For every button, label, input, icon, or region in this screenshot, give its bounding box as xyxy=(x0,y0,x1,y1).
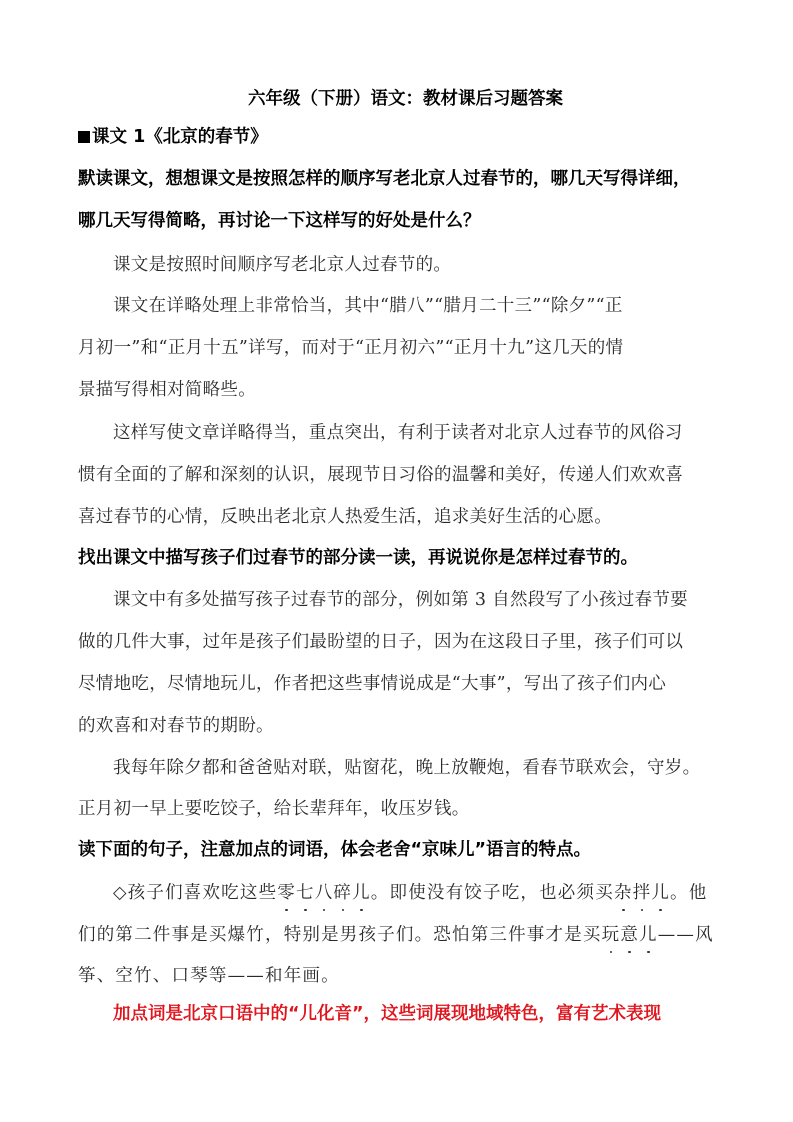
quote-line-2: 们的第二件事是买爆竹，特别是男孩子们。恐怕第三件事才是买玩意儿——风 xyxy=(78,923,714,947)
quote-text: 。即使没有饺子吃，也必须买 xyxy=(371,883,614,903)
question-1-prompt-line-1: 默读课文，想想课文是按照怎样的顺序写老北京人过春节的，哪几天写得详细， xyxy=(78,167,691,191)
answer-1-paragraph-3-line-3: 喜过春节的心情，反映出老北京人热爱生活，追求美好生活的心愿。 xyxy=(78,505,612,529)
dotted-char: 八 xyxy=(315,881,334,905)
dotted-char: 儿 xyxy=(651,881,670,905)
answer-1-paragraph-2-line-3: 景描写得相对简略些。 xyxy=(78,378,256,402)
question-2-prompt: 找出课文中描写孩子们过春节的部分读一读，再说说你是怎样过春节的。 xyxy=(78,546,638,570)
square-bullet-icon xyxy=(78,131,90,143)
quote-text: 孩子们喜欢吃这些 xyxy=(128,883,278,903)
dotted-char: 儿 xyxy=(352,881,371,905)
lesson-heading: 课文 1《北京的春节》 xyxy=(78,125,268,149)
dotted-char: 意 xyxy=(620,923,639,947)
quote-text: 。他 xyxy=(670,883,707,903)
quote-line-3: 筝、空竹、口琴等——和年画。 xyxy=(78,964,340,988)
answer-2-paragraph-1-line-4: 的欢喜和对春节的期盼。 xyxy=(78,714,274,738)
dotted-char: 拌 xyxy=(633,881,652,905)
answer-2-paragraph-2-line-1: 我每年除夕都和爸爸贴对联，贴窗花，晚上放鞭炮，看春节联欢会，守岁。 xyxy=(78,756,700,780)
answer-1-paragraph-1: 课文是按照时间顺序写老北京人过春节的。 xyxy=(78,253,451,277)
question-1-prompt-line-2: 哪几天写得简略，再讨论一下这样写的好处是什么？ xyxy=(78,209,481,233)
dotted-char: 儿 xyxy=(639,923,658,947)
dotted-char: 零 xyxy=(277,881,296,905)
dotted-char: 七 xyxy=(296,881,315,905)
answer-2-paragraph-2-line-2: 正月初一早上要吃饺子，给长辈拜年，收压岁钱。 xyxy=(78,797,470,821)
answer-1-paragraph-3-line-1: 这样写使文章详略得当，重点突出，有利于读者对北京人过春节的风俗习 xyxy=(78,421,683,445)
dotted-char: 杂 xyxy=(614,881,633,905)
answer-1-paragraph-2-line-2: 月初一”和“正月十五”详写，而对于“正月初六”“正月十九”这几天的情 xyxy=(78,336,623,360)
answer-1-paragraph-2-line-1: 课文在详略处理上非常恰当，其中“腊八”“腊月二十三”“除夕”“正 xyxy=(78,294,623,318)
dotted-char: 碎 xyxy=(333,881,352,905)
question-3-prompt: 读下面的句子，注意加点的词语，体会老舍“京味儿”语言的特点。 xyxy=(78,838,591,862)
answer-2-paragraph-1-line-1: 课文中有多处描写孩子过春节的部分，例如第 3 自然段写了小孩过春节要 xyxy=(78,588,688,612)
quote-line-1: ◇孩子们喜欢吃这些零七八碎儿。即使没有饺子吃，也必须买杂拌儿。他 xyxy=(78,881,707,905)
answer-2-paragraph-1-line-3: 尽情地吃，尽情地玩儿，作者把这些事情说成是“大事”，写出了孩子们内心 xyxy=(78,672,666,696)
quote-text: 们的第二件事是买爆竹，特别是男孩子们。恐怕第三件事才是买 xyxy=(78,925,602,945)
document-title: 六年级（下册）语文：教材课后习题答案 xyxy=(248,87,563,111)
dotted-char: 玩 xyxy=(602,923,621,947)
diamond-bullet-icon: ◇ xyxy=(113,883,128,903)
lesson-heading-text: 课文 1《北京的春节》 xyxy=(92,127,268,147)
answer-3-red: 加点词是北京口语中的“儿化音”，这些词展现地域特色，富有艺术表现 xyxy=(78,1002,661,1026)
answer-2-paragraph-1-line-2: 做的几件大事，过年是孩子们最盼望的日子，因为在这段日子里，孩子们可以 xyxy=(78,630,683,654)
quote-text: ——风 xyxy=(658,925,714,945)
answer-1-paragraph-3-line-2: 惯有全面的了解和深刻的认识，展现节日习俗的温馨和美好，传递人们欢欢喜 xyxy=(78,463,683,487)
